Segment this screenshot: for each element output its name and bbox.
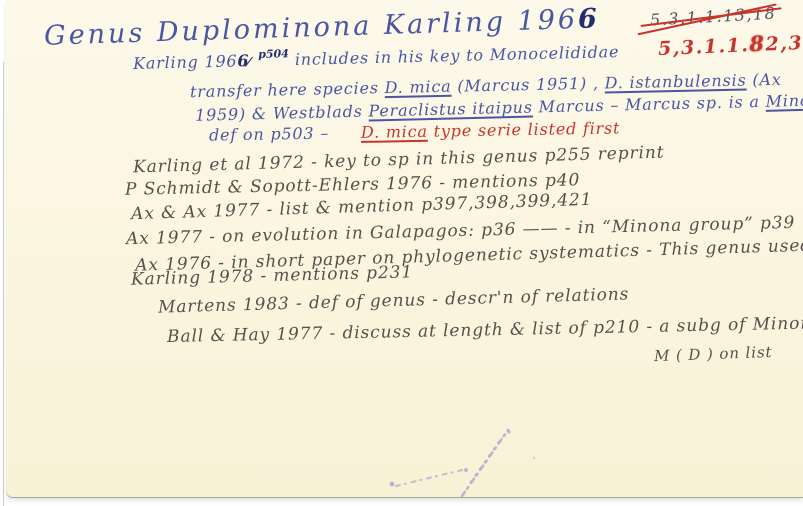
ax-ref-open: (Ax (746, 70, 781, 90)
note-m-d-on-list: M ( D ) on list (654, 343, 773, 365)
species-name-d-istanbulensis: D. istanbulensis (604, 71, 746, 93)
ink-smudge-mark (374, 424, 554, 502)
red-annotation: D. mica type serie listed first (361, 118, 621, 142)
catalog-number-new-prefix: 5,3.1.1. (658, 34, 750, 60)
inserted-page-ref: p504 (258, 47, 289, 61)
entry-martens-1983: Martens 1983 - def of genus - descr'n of… (158, 284, 630, 317)
species-name-d-mica: D. mica (384, 77, 451, 97)
title-overwritten-digit: 6 (578, 3, 601, 35)
entry-karling-1966-line1: Karling 1966p504 includes in his key to … (133, 42, 620, 73)
marcus-sp-text: Marcus – Marcus sp. is a (533, 92, 766, 117)
entry-karling-et-al-1972: Karling et al 1972 - key to sp in this g… (133, 143, 665, 178)
karling-1966-tail: includes in his key to Monocelididae (289, 42, 620, 69)
def-page-ref: def on p503 – (209, 123, 329, 144)
catalog-number-old: 5.3.1.1.13,18 (650, 3, 777, 29)
scanned-card-photo: Genus Duplominona Karling 1966 5.3.1.1.1… (0, 0, 803, 506)
species-name-peraclistus-itaipus: Peraclistus itaipus (368, 98, 533, 121)
type-series-note: type serie listed first (428, 118, 621, 140)
entry-ball-and-hay-1977: Ball & Hay 1977 - discuss at length & li… (167, 313, 803, 347)
westblads-text: 1959) & Westblads (195, 102, 369, 125)
index-card: Genus Duplominona Karling 1966 5.3.1.1.1… (6, 0, 803, 497)
transfer-text: transfer here species (190, 78, 385, 101)
marcus-ref: (Marcus 1951) , (451, 74, 605, 96)
karling-1966-head: Karling 196 (133, 51, 238, 73)
catalog-number-new: 5,3.1.1.82,3 (658, 29, 803, 60)
catalog-number-new-overwritten-digit: 8 (749, 31, 766, 57)
genus-name-minona: Minona (765, 90, 803, 111)
catalog-number-new-suffix: 2,3 (765, 32, 803, 56)
scan-edge-line (3, 62, 4, 506)
catalog-number-old-wrap: 5.3.1.1.13,18 (650, 3, 777, 29)
species-name-d-mica-red: D. mica (361, 122, 428, 142)
